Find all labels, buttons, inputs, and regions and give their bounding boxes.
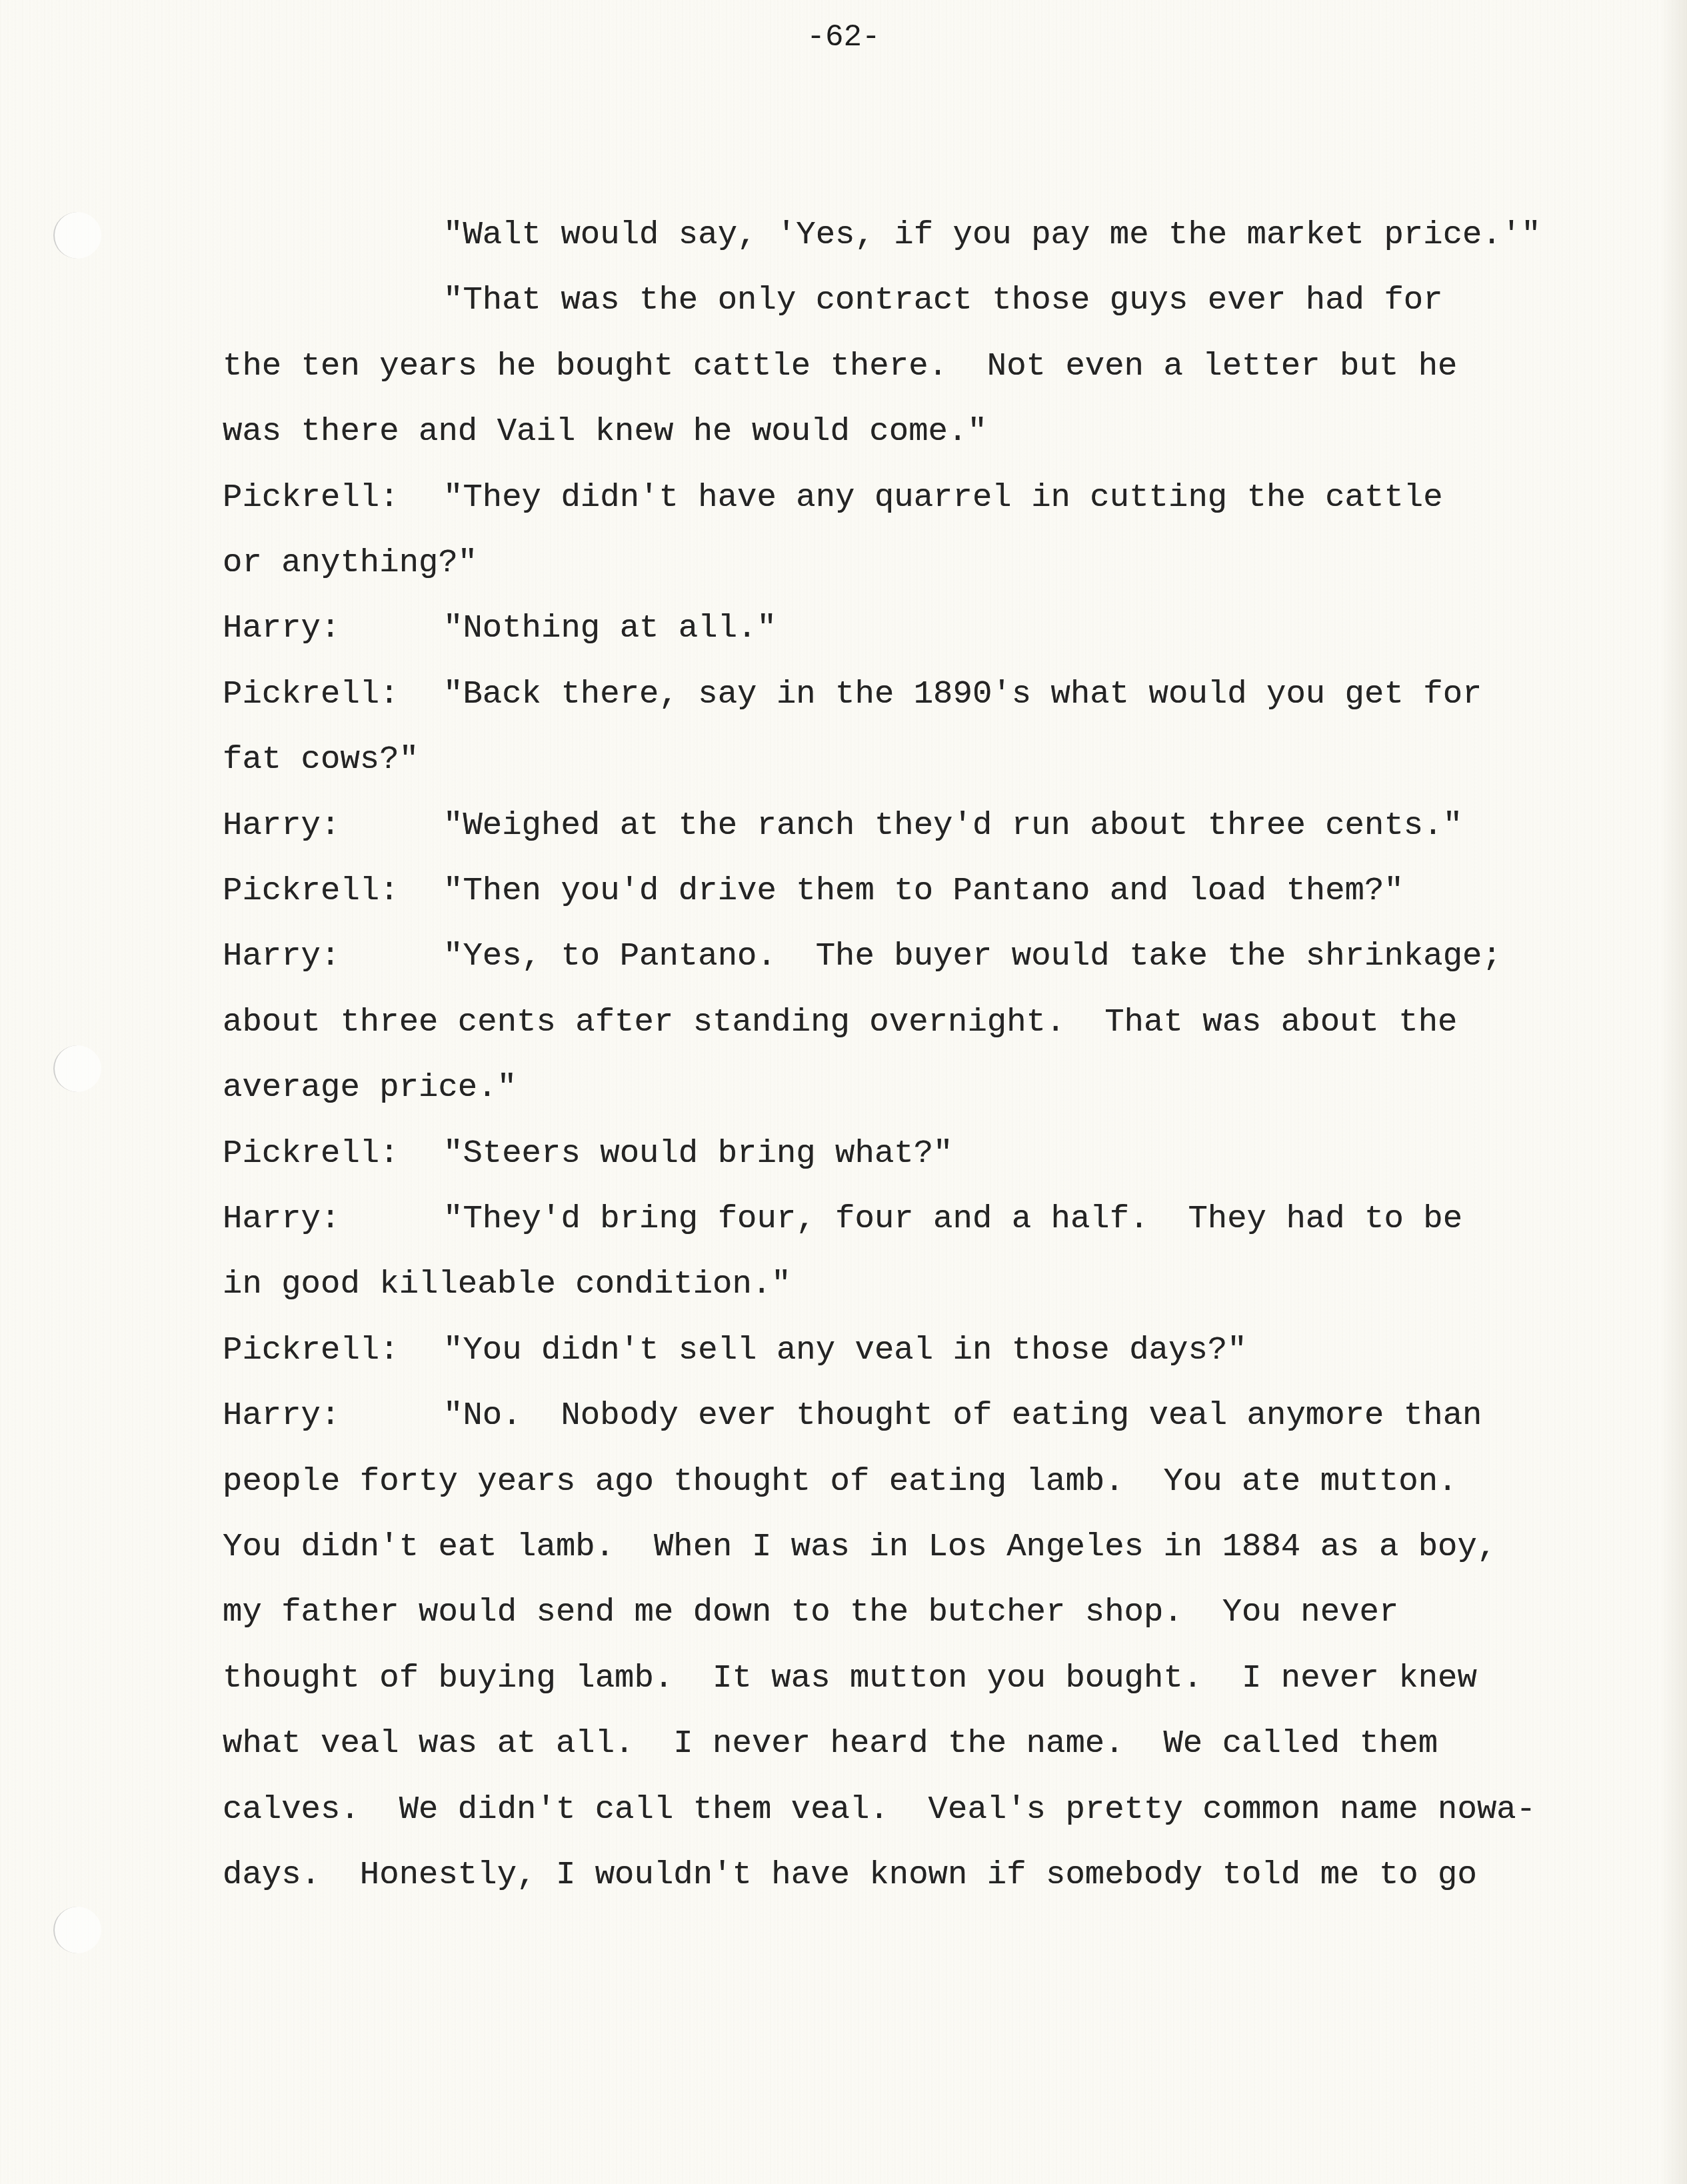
line-text: "No. Nobody ever thought of eating veal …: [443, 1397, 1482, 1434]
speaker-label: Harry:: [223, 805, 443, 845]
binder-hole-top: [53, 212, 101, 259]
line-text: fat cows?": [223, 741, 419, 778]
line-text: "Then you'd drive them to Pantano and lo…: [443, 872, 1404, 909]
transcript-line: Harry:"Yes, to Pantano. The buyer would …: [223, 936, 1502, 976]
speaker-label: Harry:: [223, 608, 443, 648]
transcript-line: Pickrell:"They didn't have any quarrel i…: [223, 477, 1443, 517]
line-text: the ten years he bought cattle there. No…: [223, 347, 1458, 385]
transcript-line: "That was the only contract those guys e…: [443, 280, 1443, 320]
line-text: "They'd bring four, four and a half. The…: [443, 1200, 1462, 1237]
typewritten-page: -62- "Walt would say, 'Yes, if you pay m…: [0, 0, 1687, 2184]
transcript-line: Harry:"Nothing at all.": [223, 608, 777, 648]
line-text: "Nothing at all.": [443, 609, 777, 647]
line-text: thought of buying lamb. It was mutton yo…: [223, 1659, 1477, 1697]
line-text: "That was the only contract those guys e…: [443, 281, 1443, 319]
transcript-line: fat cows?": [223, 739, 419, 779]
line-text: "Weighed at the ranch they'd run about t…: [443, 807, 1462, 844]
line-text: "You didn't sell any veal in those days?…: [443, 1331, 1247, 1369]
speaker-label: Harry:: [223, 1199, 443, 1239]
line-text: or anything?": [223, 544, 477, 581]
transcript-line: or anything?": [223, 543, 477, 583]
transcript-line: people forty years ago thought of eating…: [223, 1461, 1458, 1501]
line-text: what veal was at all. I never heard the …: [223, 1725, 1438, 1762]
transcript-line: thought of buying lamb. It was mutton yo…: [223, 1658, 1477, 1698]
transcript-line: the ten years he bought cattle there. No…: [223, 346, 1458, 386]
transcript-line: average price.": [223, 1067, 517, 1107]
transcript-line: about three cents after standing overnig…: [223, 1002, 1458, 1042]
transcript-line: Pickrell:"Back there, say in the 1890's …: [223, 674, 1482, 714]
line-text: about three cents after standing overnig…: [223, 1003, 1458, 1041]
line-text: in good killeable condition.": [223, 1265, 791, 1303]
speaker-label: Harry:: [223, 1395, 443, 1435]
binder-hole-bottom: [53, 1907, 101, 1953]
transcript-line: my father would send me down to the butc…: [223, 1592, 1398, 1632]
transcript-line: Harry:"They'd bring four, four and a hal…: [223, 1199, 1462, 1239]
speaker-label: Pickrell:: [223, 477, 443, 517]
page-number: -62-: [0, 20, 1687, 55]
speaker-label: Harry:: [223, 936, 443, 976]
line-text: calves. We didn't call them veal. Veal's…: [223, 1791, 1536, 1828]
line-text: was there and Vail knew he would come.": [223, 413, 987, 450]
speaker-label: Pickrell:: [223, 674, 443, 714]
line-text: my father would send me down to the butc…: [223, 1593, 1398, 1631]
binder-hole-middle: [53, 1045, 101, 1092]
line-text: "They didn't have any quarrel in cutting…: [443, 479, 1443, 516]
transcript-line: what veal was at all. I never heard the …: [223, 1723, 1438, 1763]
speaker-label: Pickrell:: [223, 1133, 443, 1173]
line-text: average price.": [223, 1069, 517, 1106]
line-text: "Walt would say, 'Yes, if you pay me the…: [443, 216, 1541, 253]
transcript-line: You didn't eat lamb. When I was in Los A…: [223, 1527, 1496, 1567]
transcript-line: calves. We didn't call them veal. Veal's…: [223, 1789, 1536, 1829]
transcript-line: Pickrell:"Then you'd drive them to Panta…: [223, 871, 1404, 911]
speaker-label: Pickrell:: [223, 871, 443, 911]
transcript-line: was there and Vail knew he would come.": [223, 411, 987, 451]
line-text: "Steers would bring what?": [443, 1135, 953, 1172]
transcript-line: "Walt would say, 'Yes, if you pay me the…: [443, 215, 1541, 255]
line-text: "Yes, to Pantano. The buyer would take t…: [443, 937, 1502, 975]
transcript-line: in good killeable condition.": [223, 1264, 791, 1304]
line-text: "Back there, say in the 1890's what woul…: [443, 675, 1482, 713]
transcript-line: Harry:"No. Nobody ever thought of eating…: [223, 1395, 1482, 1435]
line-text: people forty years ago thought of eating…: [223, 1463, 1458, 1500]
line-text: days. Honestly, I wouldn't have known if…: [223, 1856, 1477, 1893]
transcript-line: Pickrell:"Steers would bring what?": [223, 1133, 953, 1173]
transcript-line: days. Honestly, I wouldn't have known if…: [223, 1855, 1477, 1895]
line-text: You didn't eat lamb. When I was in Los A…: [223, 1528, 1496, 1565]
page-edge-shadow: [1660, 0, 1687, 2184]
speaker-label: Pickrell:: [223, 1330, 443, 1370]
transcript-line: Harry:"Weighed at the ranch they'd run a…: [223, 805, 1462, 845]
transcript-line: Pickrell:"You didn't sell any veal in th…: [223, 1330, 1247, 1370]
